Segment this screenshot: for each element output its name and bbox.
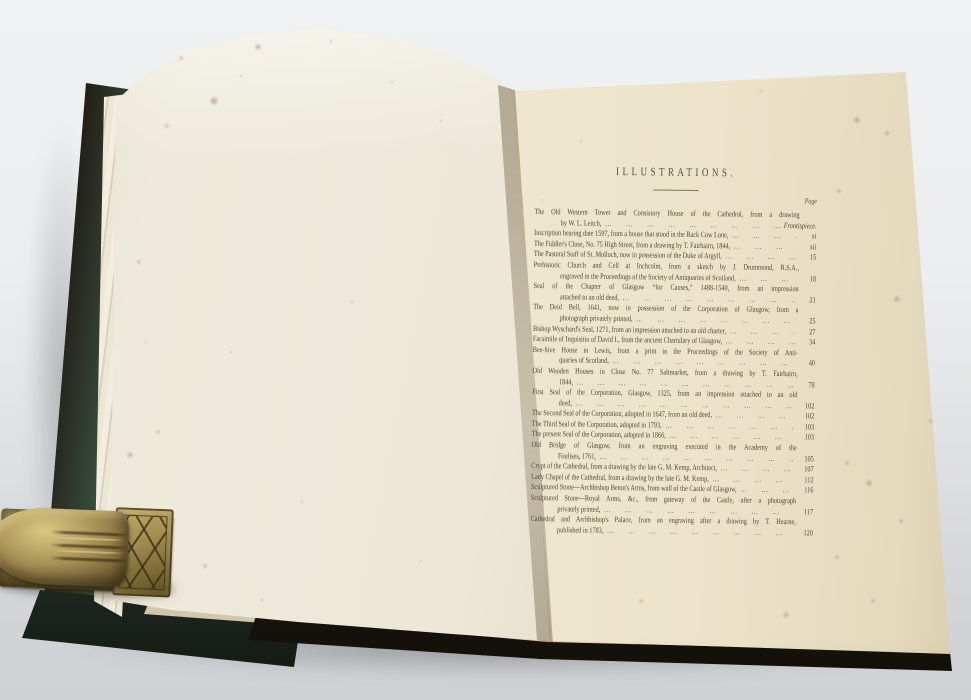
foxing-spot [155, 429, 161, 435]
foxing-spot [898, 518, 904, 524]
illustrations-list: The Old Western Tower and Consistory Hou… [530, 207, 816, 539]
page-title: ILLUSTRATIONS. [535, 165, 817, 181]
dot-leader: ... ... ... ... ... ... ... ... ... ... … [740, 485, 794, 496]
foxing-spot [329, 39, 333, 43]
foxing-spot [202, 563, 208, 569]
foxing-spot [579, 139, 583, 143]
entry-text: privately printed, [557, 504, 600, 515]
heading-rule [653, 189, 698, 191]
page-column-label: Page [535, 193, 817, 205]
foxing-spot [836, 188, 842, 194]
dot-leader: ... ... ... ... ... ... ... ... ... ... … [732, 231, 797, 242]
foxing-spot [419, 559, 423, 563]
page-number: 117 [796, 507, 813, 518]
page-number: 103 [797, 422, 814, 433]
foxing-spot [390, 80, 394, 84]
page-number: 112 [796, 475, 813, 486]
foxing-spot [178, 55, 184, 61]
foxing-spot [239, 74, 243, 78]
page-number: 34 [798, 337, 815, 348]
page-number: 15 [799, 253, 816, 264]
foxing-spot [759, 89, 763, 93]
foxing-spot [782, 611, 790, 619]
foxing-spot [136, 259, 142, 265]
page-number: 21 [799, 295, 816, 306]
entry-text: attached to an old deed, [560, 292, 619, 303]
entry-text: deed, [559, 398, 572, 409]
foxing-spot [350, 300, 354, 304]
entry-text: published in 1783, [557, 525, 603, 536]
foxing-spot [209, 96, 219, 106]
photo-backdrop: ILLUSTRATIONS. Page The Old Western Towe… [0, 0, 971, 700]
illustrations-page-text: ILLUSTRATIONS. Page The Old Western Towe… [530, 165, 817, 539]
foxing-spot [439, 119, 443, 123]
foxing-spot [619, 73, 625, 79]
foxing-spot [638, 598, 644, 604]
entry-text: by W. L. Leitch, [561, 218, 602, 229]
foxing-spot [865, 479, 873, 487]
foxing-spot [254, 43, 262, 51]
dot-leader: ... ... ... ... ... ... ... ... ... ... … [726, 336, 796, 347]
entry-text: quaries of Scotland, [559, 356, 609, 367]
foxing-spot [229, 350, 233, 354]
foxing-spot [853, 116, 861, 124]
dot-leader: ... ... ... ... ... ... ... ... ... ... … [607, 526, 793, 539]
page-number: 105 [797, 454, 814, 465]
page-number: 120 [796, 528, 813, 539]
foxing-spot [300, 500, 304, 504]
foxing-spot [870, 598, 876, 604]
brass-hand-page-holder [0, 492, 186, 612]
foxing-spot [893, 295, 901, 303]
foxing-spot [260, 598, 264, 602]
foxing-spot [144, 340, 148, 344]
page-number: 25 [798, 316, 815, 327]
illustration-entry: Cathedral and Archbishop's Palace, from … [530, 514, 813, 539]
foxing-spot [744, 49, 748, 53]
page-number: xii [799, 242, 816, 253]
page-number: Frontispiece. [784, 221, 817, 232]
page-number: 102 [797, 412, 814, 423]
foxing-spot [834, 554, 840, 560]
page-number: 102 [797, 401, 814, 412]
entry-text: Foulises, 1761, [558, 451, 596, 462]
page-number: 116 [796, 486, 813, 497]
page-number: xi [799, 231, 816, 242]
page-number: 78 [797, 380, 814, 391]
foxing-spot [844, 460, 850, 466]
foxing-spot [126, 451, 134, 459]
page-number: 103 [797, 433, 814, 444]
foxing-spot [918, 218, 924, 224]
entry-text: 1844, [559, 377, 573, 388]
foxing-spot [884, 130, 890, 136]
page-number: 18 [799, 274, 816, 285]
page-number: 107 [796, 464, 813, 475]
dot-leader: ... ... ... ... ... ... ... ... ... ... … [730, 326, 796, 337]
page-number: 40 [798, 359, 815, 370]
foxing-spot [164, 123, 170, 129]
foxing-spot [698, 60, 704, 66]
page-number: 27 [798, 327, 815, 338]
dot-leader: ... ... ... ... ... ... ... ... ... ... … [734, 241, 797, 252]
foxing-spot [928, 418, 934, 424]
dot-leader: ... ... ... ... ... ... ... ... ... ... … [740, 273, 797, 284]
